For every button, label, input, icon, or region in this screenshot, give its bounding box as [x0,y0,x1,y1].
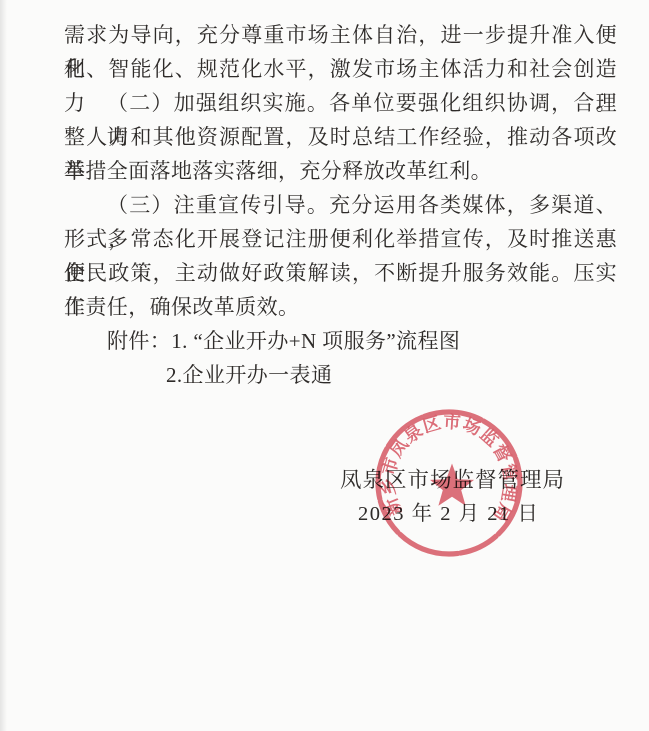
body-line: 化、智能化、规范化水平，激发市场主体活力和社会创造力。 [64,52,617,86]
document-body-text: 需求为导向，充分尊重市场主体自治，进一步提升准入便利化、智能化、规范化水平，激发… [64,18,617,392]
body-line: 需求为导向，充分尊重市场主体自治，进一步提升准入便利 [64,18,617,52]
body-line: （二）加强组织实施。各单位要强化组织协调，合理调 [64,86,617,120]
body-line: 作责任，确保改革质效。 [64,290,617,324]
body-line: （三）注重宣传引导。充分运用各类媒体，多渠道、多 [64,188,617,222]
official-seal: 新乡市凤泉区市场监督管理局 [364,398,534,568]
body-line: 形式，常态化开展登记注册便利化举措宣传，及时推送惠企 [64,222,617,256]
body-line: 附件：1. “企业开办+N 项服务”流程图 [64,324,617,358]
body-line: 便民政策，主动做好政策解读，不断提升服务效能。压实工 [64,256,617,290]
body-line: 举措全面落地落实落细，充分释放改革红利。 [64,154,617,188]
seal-arc-text: 新乡市凤泉区市场监督管理局 [378,412,521,526]
star-icon [430,464,474,506]
body-line: 整人力和其他资源配置，及时总结工作经验，推动各项改革 [64,120,617,154]
page-edge-shadow [0,0,7,731]
body-line: 2.企业开办一表通 [64,358,617,392]
seal-arc-label: 新乡市凤泉区市场监督管理局 [378,412,521,526]
document-page: 需求为导向，充分尊重市场主体自治，进一步提升准入便利化、智能化、规范化水平，激发… [0,0,649,731]
